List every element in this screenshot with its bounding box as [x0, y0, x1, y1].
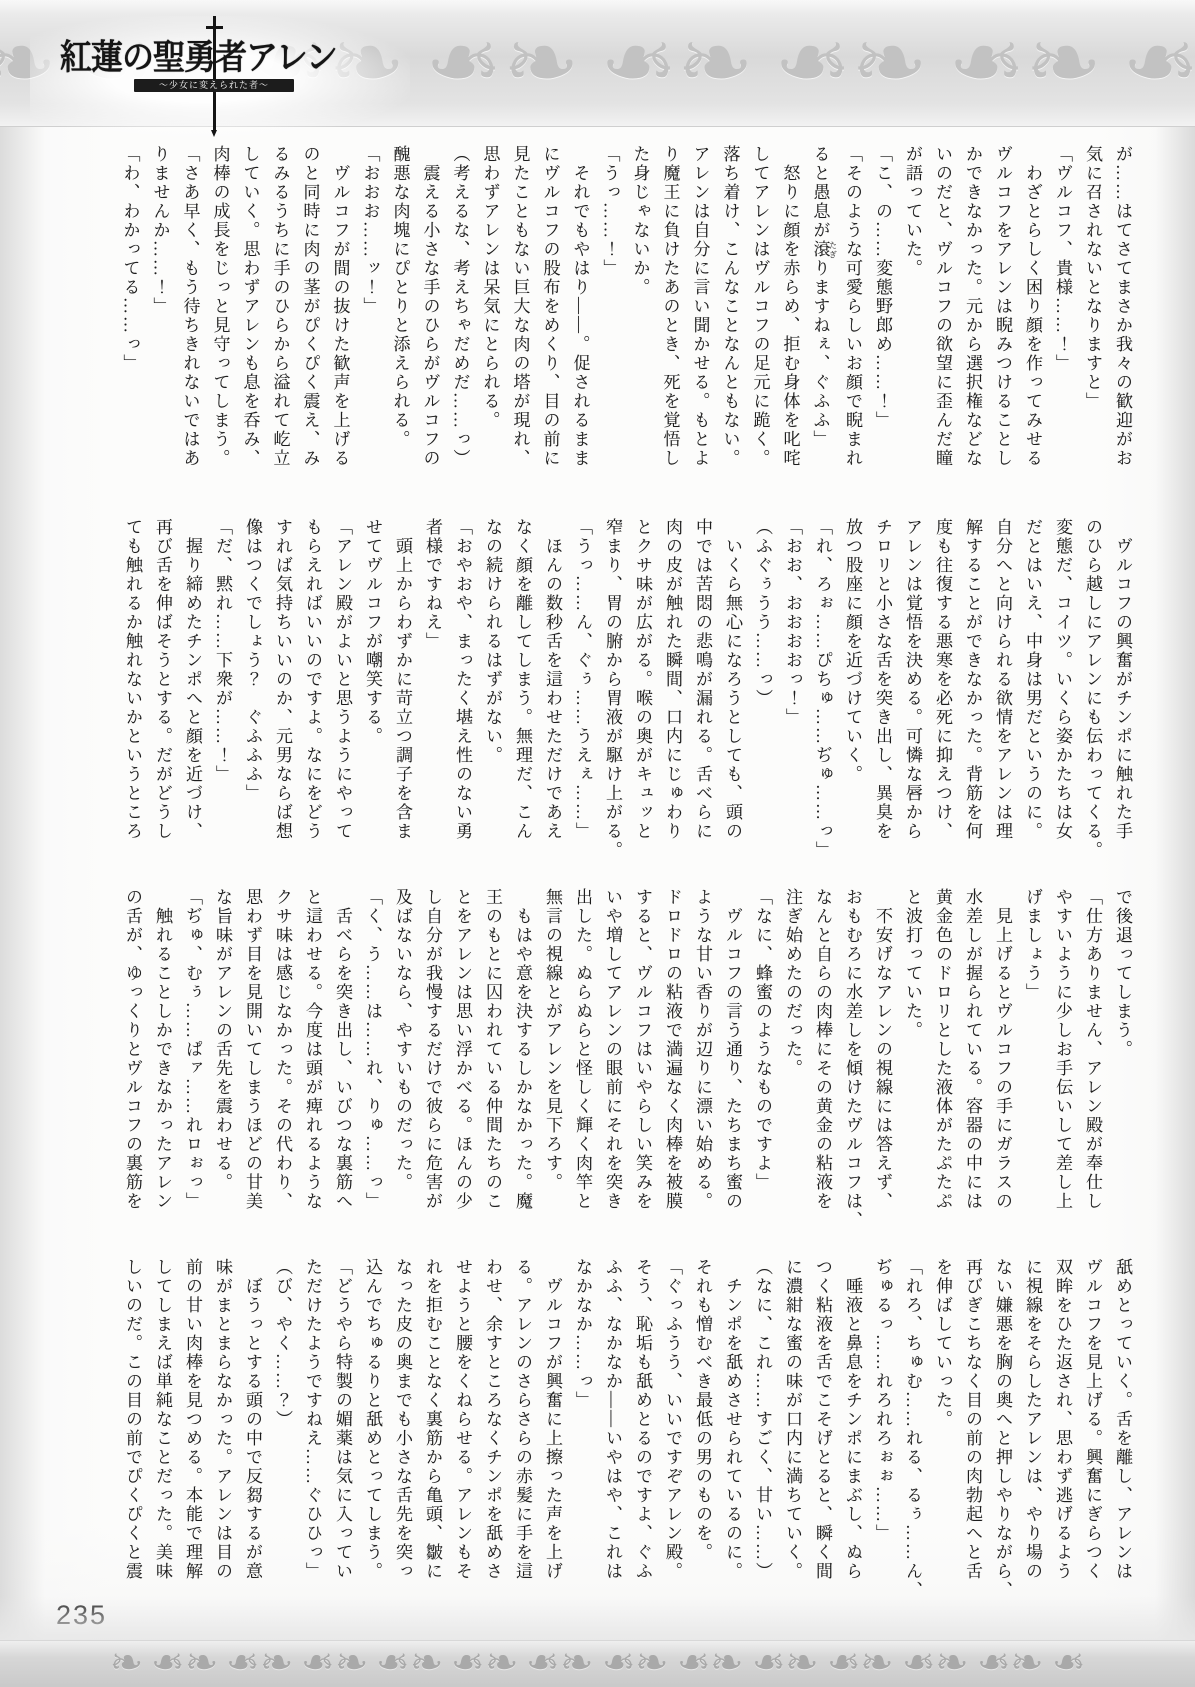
text-column: そう、恥垢も舐めとるのですよ、ぐふ — [627, 1258, 657, 1600]
text-column: せてヴルコフが嘲笑する。 — [357, 518, 387, 860]
text-column: 思わず目を見開いてしまうほどの甘美 — [237, 888, 267, 1230]
ornament-glyph: ❧ — [785, 1640, 823, 1687]
ornament-glyph: ❧ — [410, 1640, 448, 1687]
text-column: た身じゃないか。 — [625, 145, 655, 487]
text-column: （ふぐぅうう……っ） — [747, 518, 777, 860]
text-column: 前の甘い肉棒を見つめる。本能で理解 — [177, 1258, 207, 1600]
text-column: してしまえば単純なことだった。美味 — [147, 1258, 177, 1600]
text-column: アレンは自分に言い聞かせる。もとよ — [685, 145, 715, 487]
text-column: ヴルコフの言う通り、たちまち蜜の — [717, 888, 747, 1230]
ornament-glyph: ❧ — [372, 1640, 410, 1687]
text-column: 黄金色のドロリとした液体がたぷたぷ — [927, 888, 957, 1230]
ornament-glyph: ❧ — [110, 1640, 148, 1687]
text-column: 舐めとっていく。舌を離し、アレンは — [1107, 1258, 1137, 1600]
text-column: に視線をそらしたアレンは、やり場の — [1017, 1258, 1047, 1600]
text-block-1: が……はてさてまさか我々の歓迎がお気に召されないとなりますと」「ヴルコフ、貴様…… — [115, 145, 1138, 487]
ornament-glyph: ❧ — [1010, 1640, 1048, 1687]
text-column: 水差しが握られている。容器の中には — [957, 888, 987, 1230]
text-column: 「ぐっふうう、いいですぞアレン殿。 — [657, 1258, 687, 1600]
text-column: しいのだ。この目の前でぴくぴくと震 — [117, 1258, 147, 1600]
ornamental-border-bottom: ❧❧❧❧❧❧❧❧❧❧❧❧❧❧❧❧❧❧❧❧❧❧❧❧❧❧ — [0, 1640, 1195, 1687]
text-column: ても触れるか触れないかというところ — [117, 518, 147, 860]
text-block-4: 舐めとっていく。舌を離し、アレンはヴルコフを見上げる。興奮にぎらつく双眸をひた返… — [117, 1258, 1137, 1600]
text-column: ただけたようですねえ……ぐひひっ」 — [297, 1258, 327, 1600]
ornament-glyph: ❧ — [522, 1640, 560, 1687]
text-column: り魔王に負けたあのとき、死を覚悟し — [655, 145, 685, 487]
ornament-glyph: ❧ — [973, 1640, 1011, 1687]
text-column: る。アレンのさらさらの赤髪に手を這 — [507, 1258, 537, 1600]
text-column: 出した。ぬらぬらと怪しく輝く肉竿と — [567, 888, 597, 1230]
text-column: （び、やく……？） — [267, 1258, 297, 1600]
text-column: 「うっ……ん、ぐぅ……うえぇ……」 — [567, 518, 597, 860]
text-column: ヴルコフが間の抜けた歓声を上げる — [325, 145, 355, 487]
text-column: いくら無心になろうとしても、頭の — [717, 518, 747, 860]
bottom-shading — [0, 1596, 1195, 1640]
text-column: 「なに、蜂蜜のようなものですよ」 — [747, 888, 777, 1230]
ornament-glyph: ❧ — [764, 4, 851, 122]
text-column: 度も往復する悪寒を必死に抑えつけ、 — [927, 518, 957, 860]
text-column: 解することができなかった。背筋を何 — [957, 518, 987, 860]
ornament-glyph: ❧ — [935, 1640, 973, 1687]
text-column: れを拒むことなく裏筋から亀頭、皺に — [417, 1258, 447, 1600]
text-column: いや増してアレンの眼前にそれを突き — [597, 888, 627, 1230]
text-column: つく粘液を舌でこそげとると、瞬く間 — [807, 1258, 837, 1600]
text-column: していく。思わずアレンも息を呑み、 — [235, 145, 265, 487]
text-column: 気に召されないとなりますと」 — [1077, 145, 1107, 487]
text-column: ぼうっとする頭の中で反芻するが意 — [237, 1258, 267, 1600]
text-column: 込んでちゅるりと舐めとってしまう。 — [357, 1258, 387, 1600]
text-column: とをアレンは思い浮かべる。ほんの少 — [447, 888, 477, 1230]
ornament-glyph: ❧ — [823, 1640, 861, 1687]
text-column: ヴルコフを見上げる。興奮にぎらつく — [1077, 1258, 1107, 1600]
text-column: 自分へと向けられる欲情をアレンは理 — [987, 518, 1017, 860]
text-column: やすいように少しお手伝いして差し上 — [1047, 888, 1077, 1230]
text-column: ヴルコフをアレンは睨みつけることし — [987, 145, 1017, 487]
text-column: 「おおお……ッ！」 — [355, 145, 385, 487]
text-column: 無言の視線とがアレンを見下ろす。 — [537, 888, 567, 1230]
text-column: 再びぎこちなく目の前の肉勃起へと舌 — [957, 1258, 987, 1600]
ornament-glyph: ❧ — [503, 4, 590, 122]
text-column: 「ぢゅ、むぅ……ぱァ……れロぉっ」 — [177, 888, 207, 1230]
text-column: 「れろ、ちゅむ……れる、るぅ……ん、 — [897, 1258, 927, 1600]
ornament-glyph: ❧ — [860, 1640, 898, 1687]
text-column: 双眸をひた返され、思わず逃げるよう — [1047, 1258, 1077, 1600]
series-logo: 紅蓮の聖勇者アレン ～少女に変えられた者～ — [60, 30, 380, 124]
text-column: な旨味がアレンの舌先を震わせる。 — [207, 888, 237, 1230]
text-column: 「うっ……！」 — [595, 145, 625, 487]
text-column: のひら越しにアレンにも伝わってくる。 — [1077, 518, 1107, 860]
text-column: 不安げなアレンの視線には答えず、 — [867, 888, 897, 1230]
text-column: と波打っていた。 — [897, 888, 927, 1230]
series-subtitle: ～少女に変えられた者～ — [134, 79, 294, 92]
text-column: 味がまとまらなかった。アレンは目の — [207, 1258, 237, 1600]
text-column: 怒りに顔を赤らめ、拒む身体を叱咤 — [775, 145, 805, 487]
text-column: 再び舌を伸ばそうとする。だがどうし — [147, 518, 177, 860]
text-column: ドロドロの粘液で満遍なく肉棒を被膜 — [657, 888, 687, 1230]
text-column: せようと腰をくねらせる。アレンもそ — [447, 1258, 477, 1600]
ornament-glyph: ❧ — [297, 1640, 335, 1687]
text-column: ほんの数秒舌を這わせただけであえ — [537, 518, 567, 860]
text-column: なかなか……っ」 — [567, 1258, 597, 1600]
text-column: ふふ、なかなか――いやはや、これは — [597, 1258, 627, 1600]
text-column: すると、ヴルコフはいやらしい笑みを — [627, 888, 657, 1230]
text-column: げましょう」 — [1017, 888, 1047, 1230]
scanned-novel-page: ❧❧❧❧❧❧❧❧❧❧❧❧❧❧❧❧ 紅蓮の聖勇者アレン ～少女に変えられた者～ が… — [0, 0, 1195, 1687]
text-column: ると愚息が滾たぎりますねぇ、ぐふふ」 — [805, 145, 838, 487]
text-column: し自分が我慢するだけで彼らに危害が — [417, 888, 447, 1230]
text-column: とクサ味が広がる。喉の奥がキュッと — [627, 518, 657, 860]
text-column: のと同時に肉の茎がぴくぴく震え、み — [295, 145, 325, 487]
text-column: 唾液と鼻息をチンポにまぶし、ぬら — [837, 1258, 867, 1600]
ornament-glyph: ❧ — [635, 1640, 673, 1687]
text-column: 像はつくでしょう？ ぐふふふ」 — [237, 518, 267, 860]
text-column: 「れ、ろぉ……ぴちゅ……ぢゅ……っ」 — [807, 518, 837, 860]
ornament-glyph: ❧ — [677, 4, 764, 122]
text-column: 放つ股座に顔を近づけていく。 — [837, 518, 867, 860]
text-column: 「アレン殿がよいと思うようにやって — [327, 518, 357, 860]
text-block-2: ヴルコフの興奮がチンポに触れた手のひら越しにアレンにも伝わってくる。変態だ、コイ… — [117, 518, 1137, 860]
text-column: 王のもとに囚われている仲間たちのこ — [477, 888, 507, 1230]
text-column: 肉の皮が触れた瞬間、口内にじゅわり — [657, 518, 687, 860]
text-column: ぢゅるっ……れろれろぉぉ……」 — [867, 1258, 897, 1600]
ornament-glyph: ❧ — [851, 4, 938, 122]
text-column: 「仕方ありません、アレン殿が奉仕し — [1077, 888, 1107, 1230]
text-column: もはや意を決するしかなかった。魔 — [507, 888, 537, 1230]
text-column: 見上げるとヴルコフの手にガラスの — [987, 888, 1017, 1230]
text-column: 「く、う……は……れ、りゅ……っ」 — [357, 888, 387, 1230]
text-column: 醜悪な肉塊にぴとりと添えられる。 — [385, 145, 415, 487]
text-column: 握り締めたチンポへと顔を近づけ、 — [177, 518, 207, 860]
ornament-glyph: ❧ — [938, 4, 1025, 122]
text-column: 窄まり、胃の腑から胃液が駆け上がる。 — [597, 518, 627, 860]
text-column: 見たこともない巨大な肉の塔が現れ、 — [505, 145, 535, 487]
ornament-glyph: ❧ — [415, 4, 502, 122]
text-column: 「だ、黙れ……下衆が……！」 — [207, 518, 237, 860]
text-column: なく顔を離してしまう。無理だ、こん — [507, 518, 537, 860]
ornament-glyph: ❧ — [1048, 1640, 1086, 1687]
text-column: （考えるな、考えちゃだめだ……っ） — [445, 145, 475, 487]
ornament-glyph: ❧ — [898, 1640, 936, 1687]
text-column: 者様ですねえ」 — [417, 518, 447, 860]
text-column: 頭上からわずかに苛立つ調子を含ま — [387, 518, 417, 860]
ornament-glyph: ❧ — [598, 1640, 636, 1687]
ornament-glyph: ❧ — [590, 4, 677, 122]
text-column: 肉棒の成長をじっと見守ってしまう。 — [205, 145, 235, 487]
ornament-glyph: ❧ — [560, 1640, 598, 1687]
ornament-glyph: ❧ — [185, 1640, 223, 1687]
text-column: の舌が、ゆっくりとヴルコフの裏筋を — [117, 888, 147, 1230]
text-column: に濃紺な蜜の味が口内に満ちていく。 — [777, 1258, 807, 1600]
text-column: 「こ、の……変態野郎め……！」 — [867, 145, 897, 487]
text-column: が語っていた。 — [897, 145, 927, 487]
text-column: いのだと、ヴルコフの欲望に歪んだ瞳 — [927, 145, 957, 487]
text-column: なの続けられるはずがない。 — [477, 518, 507, 860]
text-column: 変態だ、コイツ。いくら姿かたちは女 — [1047, 518, 1077, 860]
text-column: チロリと小さな舌を突き出し、異臭を — [867, 518, 897, 860]
text-column: るみるうちに手のひらから溢れて屹立 — [265, 145, 295, 487]
text-column: わざとらしく困り顔を作ってみせる — [1017, 145, 1047, 487]
text-column: 「そのような可愛らしいお顔で睨まれ — [837, 145, 867, 487]
text-column: それでもやはり――。促されるまま — [565, 145, 595, 487]
ornament-glyph: ❧ — [748, 1640, 786, 1687]
text-column: かできなかった。元から選択権などな — [957, 145, 987, 487]
text-column: 中では苦悶の悲鳴が漏れる。舌べらに — [687, 518, 717, 860]
text-column: と這わせる。今度は頭が痺れるような — [297, 888, 327, 1230]
text-column: クサ味は感じなかった。その代わり、 — [267, 888, 297, 1230]
ornament-glyph: ❧ — [485, 1640, 523, 1687]
text-column: 思わずアレンは呆気にとられる。 — [475, 145, 505, 487]
text-column: すれば気持ちいいのか、元男ならば想 — [267, 518, 297, 860]
ornament-glyph: ❧ — [335, 1640, 373, 1687]
text-column: 「おお、おおおおっ！」 — [777, 518, 807, 860]
text-column: を伸ばしていった。 — [927, 1258, 957, 1600]
ornament-glyph: ❧ — [1025, 4, 1112, 122]
text-column: 「わ、わかってる……っ」 — [115, 145, 145, 487]
text-column: 及ばないなら、やすいものだった。 — [387, 888, 417, 1230]
text-column: わせ、余すところなくチンポを舐めさ — [477, 1258, 507, 1600]
text-block-3: で後退ってしまう。「仕方ありません、アレン殿が奉仕しやすいように少しお手伝いして… — [117, 888, 1137, 1230]
text-column: ない嫌悪を胸の奥へと押しやりながら、 — [987, 1258, 1017, 1600]
text-column: 「どうやら特製の媚薬は気に入ってい — [327, 1258, 357, 1600]
text-column: してアレンはヴルコフの足元に跪く。 — [745, 145, 775, 487]
text-column: だとはいえ、中身は男だというのに。 — [1017, 518, 1047, 860]
ornament-glyph: ❧ — [447, 1640, 485, 1687]
text-column: 震える小さな手のひらがヴルコフの — [415, 145, 445, 487]
ornament-glyph: ❧ — [147, 1640, 185, 1687]
text-column: なんと自らの肉棒にその黄金の粘液を — [807, 888, 837, 1230]
ornament-pattern-row: ❧❧❧❧❧❧❧❧❧❧❧❧❧❧❧❧❧❧❧❧❧❧❧❧❧❧ — [0, 1640, 1195, 1687]
ornament-glyph: ❧ — [673, 1640, 711, 1687]
text-column: もらえればいいのですよ。なにをどう — [297, 518, 327, 860]
text-column: 「さあ早く、もう待ちきれないではあ — [175, 145, 205, 487]
text-column: 触れることしかできなかったアレン — [147, 888, 177, 1230]
text-column: ような甘い香りが辺りに漂い始める。 — [687, 888, 717, 1230]
ornament-glyph: ❧ — [710, 1640, 748, 1687]
ornament-glyph: ❧ — [222, 1640, 260, 1687]
ornament-glyph: ❧ — [260, 1640, 298, 1687]
text-column: りませんか……！」 — [145, 145, 175, 487]
text-column: ヴルコフが興奮に上擦った声を上げ — [537, 1258, 567, 1600]
text-column: が……はてさてまさか我々の歓迎がお — [1107, 145, 1137, 487]
text-column: ヴルコフの興奮がチンポに触れた手 — [1107, 518, 1137, 860]
text-column: 注ぎ始めたのだった。 — [777, 888, 807, 1230]
text-column: それも憎むべき最低の男のものを。 — [687, 1258, 717, 1600]
text-column: 舌べらを突き出し、いびつな裏筋へ — [327, 888, 357, 1230]
text-column: 落ち着け、こんなことなんともない。 — [715, 145, 745, 487]
text-column: で後退ってしまう。 — [1107, 888, 1137, 1230]
ornament-glyph: ❧ — [1112, 4, 1195, 122]
text-column: チンポを舐めさせられているのに。 — [717, 1258, 747, 1600]
text-column: アレンは覚悟を決める。可憐な唇から — [897, 518, 927, 860]
text-column: おもむろに水差しを傾けたヴルコフは、 — [837, 888, 867, 1230]
text-column: （なに、これ……すごく、甘い……） — [747, 1258, 777, 1600]
text-column: にヴルコフの股布をめくり、目の前に — [535, 145, 565, 487]
text-column: なった皮の奥までも小さな舌先を突っ — [387, 1258, 417, 1600]
text-column: 「おやおや、まったく堪え性のない勇 — [447, 518, 477, 860]
series-title: 紅蓮の聖勇者アレン — [60, 30, 380, 80]
text-column: 「ヴルコフ、貴様……！」 — [1047, 145, 1077, 487]
